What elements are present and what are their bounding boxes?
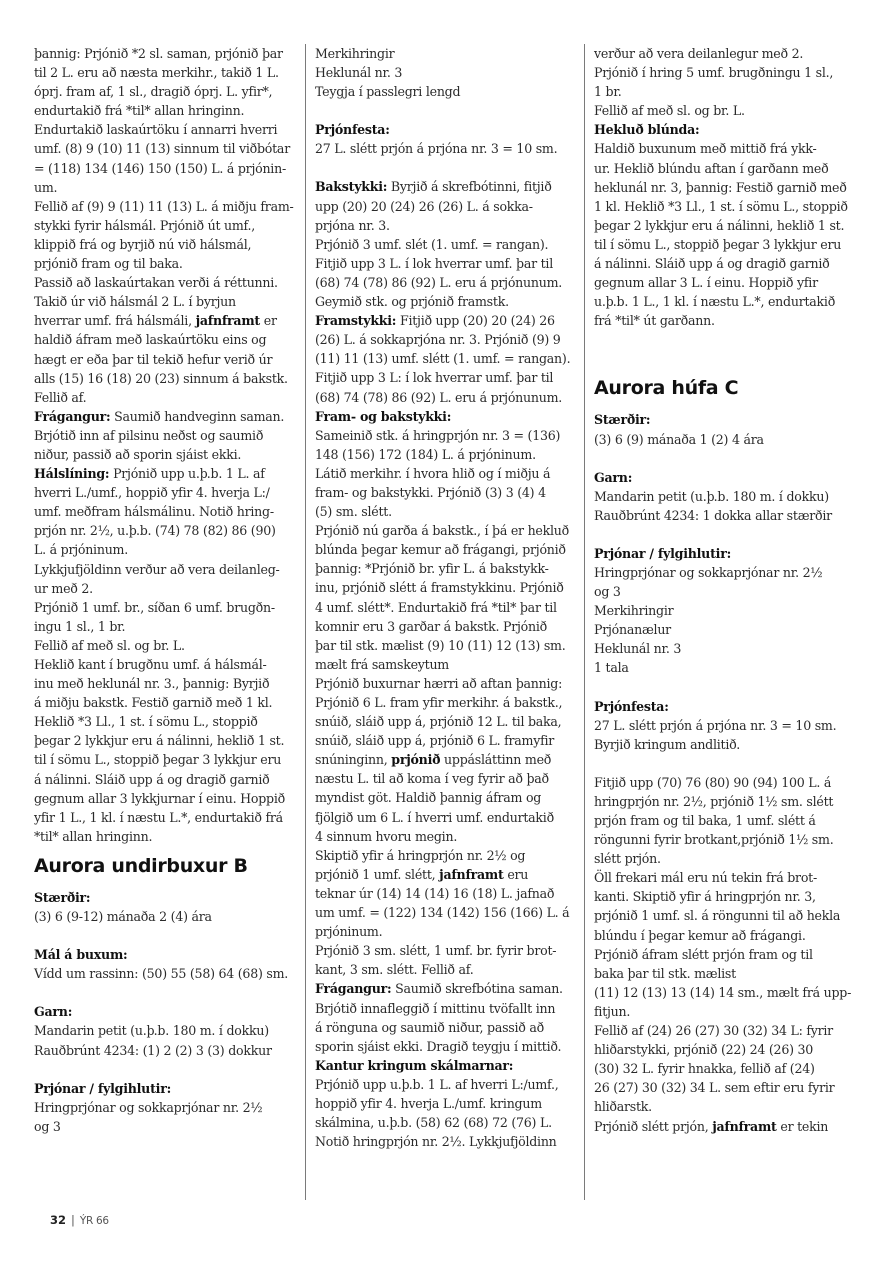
text-line: frá *til* út garðann.	[594, 311, 864, 330]
text-line: Prjónið áfram slétt prjón fram og til	[594, 945, 864, 964]
text-line: sporin sjáist ekki. Dragið teygju í mitt…	[315, 1037, 581, 1056]
needles-line: Merkihringir	[594, 601, 864, 620]
text-line: ingu 1 sl., 1 br.	[34, 617, 300, 636]
text-line: mælt frá samskeytum	[315, 655, 581, 674]
subheading-label: Frágangur:	[315, 981, 391, 996]
text-line: kant, 3 sm. slétt. Fellið af.	[315, 960, 581, 979]
text-line: Brjótið innafleggið í mittinu tvöfallt i…	[315, 999, 581, 1018]
text-line: Heklið *3 Ll., 1 st. í sömu L., stoppið	[34, 712, 300, 731]
spacer	[594, 678, 864, 697]
subheading-label: Prjónfesta:	[594, 699, 669, 714]
footer-separator: |	[71, 1213, 75, 1227]
column-divider	[305, 44, 306, 1200]
text-line: (30) 32 L. fyrir hnakka, fellið af (24)	[594, 1059, 864, 1078]
text-line: Látið merkihr. í hvora hlið og í miðju á	[315, 464, 581, 483]
subheading-label: Prjónfesta:	[315, 122, 390, 137]
text-line: prjónið 1 umf. sl. á röngunni til að hek…	[594, 906, 864, 925]
text-line: Prjónið upp u.þ.b. 1 L. af hverri L:/umf…	[315, 1075, 581, 1094]
text-line: Fitjið upp (70) 76 (80) 90 (94) 100 L. á	[594, 773, 864, 792]
section-heading-wrap: Aurora undirbuxur B	[34, 846, 300, 888]
text-line: Fitjið upp 3 L. í lok hverrar umf. þar t…	[315, 254, 581, 273]
text-line: hægt er eða þar til tekið hefur verið úr	[34, 350, 300, 369]
text-line: 148 (156) 172 (184) L. á prjóninum.	[315, 445, 581, 464]
yarn-line: Rauðbrúnt 4234: 1 dokka allar stærðir	[594, 506, 864, 525]
text-line: prjón nr. 2½, u.þ.b. (74) 78 (82) 86 (90…	[34, 521, 300, 540]
yarn-line: Mandarin petit (u.þ.b. 180 m. í dokku)	[34, 1021, 300, 1040]
text-line: gegnum allar 3 L. í einu. Hoppið yfir	[594, 273, 864, 292]
text-line: á miðju bakstk. Festið garnið með 1 kl.	[34, 693, 300, 712]
text-line: snúið, sláið upp á, prjónið 6 L. framyfi…	[315, 731, 581, 750]
text-line: röngunni fyrir brotkant,prjónið 1½ sm.	[594, 830, 864, 849]
needles-line: og 3	[594, 582, 864, 601]
text-line: næstu L. til að koma í veg fyrir að það	[315, 769, 581, 788]
text-line: blúnda þegar kemur að frágangi, prjónið	[315, 540, 581, 559]
text-line: fitjun.	[594, 1002, 864, 1021]
text-line: Fellið af með sl. og br. L.	[34, 636, 300, 655]
supply-line: Merkihringir	[315, 44, 581, 63]
text-line: yfir 1 L., 1 kl. í næstu L.*, endurtakið…	[34, 808, 300, 827]
fragangur-paragraph: Frágangur: Saumið handveginn saman.	[34, 407, 300, 426]
text-line: Prjónið 6 L. fram yfir merkihr. á bakstk…	[315, 693, 581, 712]
text-line: (68) 74 (78) 86 (92) L. eru á prjónunum.	[315, 273, 581, 292]
text-line: 26 (27) 30 (32) 34 L. sem eftir eru fyri…	[594, 1078, 864, 1097]
spacer	[34, 1060, 300, 1079]
yarn-line: Mandarin petit (u.þ.b. 180 m. í dokku)	[594, 487, 864, 506]
spacer	[594, 449, 864, 468]
text-line: Prjónið 1 umf. br., síðan 6 umf. brugðn-	[34, 598, 300, 617]
text-line: upp (20) 20 (24) 26 (26) L. á sokka-	[315, 197, 581, 216]
text-column-1: þannig: Prjónið *2 sl. saman, prjónið þa…	[34, 44, 300, 1136]
spacer	[315, 158, 581, 177]
text-line: u.þ.b. 1 L., 1 kl. í næstu L.*, endurtak…	[594, 292, 864, 311]
text-line: Sameinið stk. á hringprjón nr. 3 = (136)	[315, 426, 581, 445]
gauge-label: Prjónfesta:	[594, 697, 864, 716]
text-line: hverri L./umf., hoppið yfir 4. hverja L:…	[34, 483, 300, 502]
subheading-label: Garn:	[594, 470, 632, 485]
halslining-paragraph: Hálslíning: Prjónið upp u.þ.b. 1 L. af	[34, 464, 300, 483]
text-line: = (118) 134 (146) 150 (150) L. á prjónin…	[34, 159, 300, 178]
emphasis-text: jafnframt	[196, 313, 260, 328]
supply-line: Teygja í passlegri lengd	[315, 82, 581, 101]
text-line: verður að vera deilanlegur með 2.	[594, 44, 864, 63]
gauge-value: 27 L. slétt prjón á prjóna nr. 3 = 10 sm…	[315, 139, 581, 158]
text-line: Brjótið inn af pilsinu neðst og saumið	[34, 426, 300, 445]
text-line: inu með heklunál nr. 3., þannig: Byrjið	[34, 674, 300, 693]
sizes-label: Stærðir:	[34, 888, 300, 907]
text-line: Notið hringprjón nr. 2½. Lykkjufjöldinn	[315, 1132, 581, 1151]
text-span: Prjónið slétt prjón,	[594, 1119, 712, 1134]
subheading-label: Frágangur:	[34, 409, 110, 424]
text-line: á nálinni. Sláið upp á og dragið garnið	[34, 770, 300, 789]
gauge-line: 27 L. slétt prjón á prjóna nr. 3 = 10 sm…	[594, 716, 864, 735]
text-line: Fellið af (24) 26 (27) 30 (32) 34 L: fyr…	[594, 1021, 864, 1040]
text-line: stykki fyrir hálsmál. Prjónið út umf.,	[34, 216, 300, 235]
framstykki-paragraph: Framstykki: Fitjið upp (20) 20 (24) 26	[315, 311, 581, 330]
text-line: á rönguna og saumið niður, passið að	[315, 1018, 581, 1037]
text-line: um.	[34, 178, 300, 197]
text-line: baka þar til stk. mælist	[594, 964, 864, 983]
text-line: niður, passið að sporin sjáist ekki.	[34, 445, 300, 464]
subheading-label: Prjónar / fylgihlutir:	[34, 1081, 171, 1096]
spacer	[594, 754, 864, 773]
text-line: teknar úr (14) 14 (14) 16 (18) L. jafnað	[315, 884, 581, 903]
spacer	[34, 983, 300, 1002]
text-span: eru	[504, 867, 529, 882]
text-line: (68) 74 (78) 86 (92) L. eru á prjónunum.	[315, 388, 581, 407]
text-line: fram- og bakstykki. Prjónið (3) 3 (4) 4	[315, 483, 581, 502]
needles-label: Prjónar / fylgihlutir:	[34, 1079, 300, 1098]
text-line: Geymið stk. og prjónið framstk.	[315, 292, 581, 311]
document-page: þannig: Prjónið *2 sl. saman, prjónið þa…	[0, 0, 892, 1262]
spacer	[594, 525, 864, 544]
text-line: þar til stk. mælist (9) 10 (11) 12 (13) …	[315, 636, 581, 655]
subheading-label: Stærðir:	[34, 890, 90, 905]
needles-label: Prjónar / fylgihlutir:	[594, 544, 864, 563]
text-span: er tekin	[777, 1119, 829, 1134]
text-line: Prjónið nú garða á bakstk., í þá er hekl…	[315, 521, 581, 540]
text-line: myndist göt. Haldið þannig áfram og	[315, 788, 581, 807]
text-line: hringprjón nr. 2½, prjónið 1½ sm. slétt	[594, 792, 864, 811]
subheading-label: Prjónar / fylgihlutir:	[594, 546, 731, 561]
text-span: Saumið skrefbótina saman.	[391, 981, 562, 996]
text-line: Fellið af með sl. og br. L.	[594, 101, 864, 120]
text-span: Fitjið upp (20) 20 (24) 26	[396, 313, 555, 328]
fragangur-paragraph: Frágangur: Saumið skrefbótina saman.	[315, 979, 581, 998]
sizes-value: (3) 6 (9) mánaða 1 (2) 4 ára	[594, 430, 864, 449]
gauge-line: Byrjið kringum andlitið.	[594, 735, 864, 754]
page-footer: 32|ÝR 66	[50, 1213, 109, 1227]
text-line: Passið að laskaúrtakan verði á réttunni.	[34, 273, 300, 292]
text-line: til í sömu L., stoppið þegar 3 lykkjur e…	[34, 750, 300, 769]
text-line: til í sömu L., stoppið þegar 3 lykkjur e…	[594, 235, 864, 254]
text-line: hliðarstykki, prjónið (22) 24 (26) 30	[594, 1040, 864, 1059]
text-line: Takið úr við hálsmál 2 L. í byrjun	[34, 292, 300, 311]
magazine-issue: ÝR 66	[80, 1215, 109, 1227]
text-line: blúndu í þegar kemur að frágangi.	[594, 926, 864, 945]
text-line: Prjónið 3 umf. slét (1. umf. = rangan).	[315, 235, 581, 254]
text-line: hoppið yfir 4. hverja L./umf. kringum	[315, 1094, 581, 1113]
text-line: óprj. fram af, 1 sl., dragið óprj. L. yf…	[34, 82, 300, 101]
text-line: komnir eru 3 garðar á bakstk. Prjónið	[315, 617, 581, 636]
text-line: 1 br.	[594, 82, 864, 101]
text-line: kanti. Skiptið yfir á hringprjón nr. 3,	[594, 887, 864, 906]
text-line: slétt prjón.	[594, 849, 864, 868]
subheading-label: Garn:	[34, 1004, 72, 1019]
spacer	[34, 926, 300, 945]
sizes-label: Stærðir:	[594, 410, 864, 429]
yarn-label: Garn:	[594, 468, 864, 487]
heklud-label: Hekluð blúnda:	[594, 120, 864, 139]
text-line: Prjónið slétt prjón, jafnframt er tekin	[594, 1117, 864, 1136]
text-line: (26) L. á sokkaprjóna nr. 3. Prjónið (9)…	[315, 330, 581, 349]
fram-bak-label: Fram- og bakstykki:	[315, 407, 581, 426]
subheading-label: Fram- og bakstykki:	[315, 409, 451, 424]
text-line: haldið áfram með laskaúrtöku eins og	[34, 330, 300, 349]
text-line: ur með 2.	[34, 579, 300, 598]
page-number: 32	[50, 1213, 66, 1227]
supply-line: Heklunál nr. 3	[315, 63, 581, 82]
subheading-label: Stærðir:	[594, 412, 650, 427]
text-line: Fellið af.	[34, 388, 300, 407]
subheading-label: Framstykki:	[315, 313, 396, 328]
text-span: prjónið 1 umf. slétt,	[315, 867, 439, 882]
text-column-3: verður að vera deilanlegur með 2. Prjóni…	[594, 44, 864, 1136]
text-line: (11) 12 (13) 13 (14) 14 sm., mælt frá up…	[594, 983, 864, 1002]
needles-line: Hringprjónar og sokkaprjónar nr. 2½	[594, 563, 864, 582]
text-column-2: Merkihringir Heklunál nr. 3 Teygja í pas…	[315, 44, 581, 1151]
needles-line: Hringprjónar og sokkaprjónar nr. 2½	[34, 1098, 300, 1117]
text-line: heklunál nr. 3, þannig: Festið garnið me…	[594, 178, 864, 197]
text-span: uppásláttinn með	[440, 752, 551, 767]
text-line: Prjónið í hring 5 umf. brugðningu 1 sl.,	[594, 63, 864, 82]
text-line: Prjónið 3 sm. slétt, 1 umf. br. fyrir br…	[315, 941, 581, 960]
text-line: þannig: *Prjónið br. yfir L. á bakstykk-	[315, 559, 581, 578]
text-line: Fitjið upp 3 L: í lok hverrar umf. þar t…	[315, 368, 581, 387]
text-line: prjónið fram og til baka.	[34, 254, 300, 273]
needles-line: Prjónanælur	[594, 620, 864, 639]
emphasis-text: jafnframt	[712, 1119, 776, 1134]
text-line: L. á prjóninum.	[34, 540, 300, 559]
text-line: 4 umf. slétt*. Endurtakið frá *til* þar …	[315, 598, 581, 617]
text-line: skálmina, u.þ.b. (58) 62 (68) 72 (76) L.	[315, 1113, 581, 1132]
measurements-value: Vídd um rassinn: (50) 55 (58) 64 (68) sm…	[34, 964, 300, 983]
text-line: hliðarstk.	[594, 1097, 864, 1116]
text-line: 4 sinnum hvoru megin.	[315, 827, 581, 846]
text-line: þegar 2 lykkjur eru á nálinni, heklið 1 …	[594, 216, 864, 235]
column-divider	[584, 44, 585, 1200]
text-span: Prjónið upp u.þ.b. 1 L. af	[109, 466, 264, 481]
subheading-label: Hálslíning:	[34, 466, 109, 481]
section-title-aurora-undirbuxur-b: Aurora undirbuxur B	[34, 852, 300, 880]
sizes-value: (3) 6 (9-12) mánaða 2 (4) ára	[34, 907, 300, 926]
yarn-label: Garn:	[34, 1002, 300, 1021]
text-line: *til* allan hringinn.	[34, 827, 300, 846]
text-line: þannig: Prjónið *2 sl. saman, prjónið þa…	[34, 44, 300, 63]
text-line: prjóninum.	[315, 922, 581, 941]
section-heading-wrap: Aurora húfa C	[594, 330, 864, 410]
spacer	[315, 101, 581, 120]
text-line: snúninginn, prjónið uppásláttinn með	[315, 750, 581, 769]
text-span: Saumið handveginn saman.	[110, 409, 284, 424]
needles-line: 1 tala	[594, 658, 864, 677]
text-line: snúið, sláið upp á, prjónið 12 L. til ba…	[315, 712, 581, 731]
text-line: um umf. = (122) 134 (142) 156 (166) L. á	[315, 903, 581, 922]
text-span: hverrar umf. frá hálsmáli,	[34, 313, 196, 328]
text-line: inu, prjónið slétt á framstykkinu. Prjón…	[315, 578, 581, 597]
text-span: snúninginn,	[315, 752, 391, 767]
gauge-label: Prjónfesta:	[315, 120, 581, 139]
text-line: á nálinni. Sláið upp á og dragið garnið	[594, 254, 864, 273]
emphasis-text: jafnframt	[439, 867, 503, 882]
emphasis-text: prjónið	[391, 752, 440, 767]
text-line: Öll frekari mál eru nú tekin frá brot-	[594, 868, 864, 887]
text-line: gegnum allar 3 lykkjurnar í einu. Hoppið	[34, 789, 300, 808]
text-line: Fellið af (9) 9 (11) 11 (13) L. á miðju …	[34, 197, 300, 216]
subheading-label: Bakstykki:	[315, 179, 387, 194]
text-line: prjón fram og til baka, 1 umf. slétt á	[594, 811, 864, 830]
text-line: prjóna nr. 3.	[315, 216, 581, 235]
text-line: Heklið kant í brugðnu umf. á hálsmál-	[34, 655, 300, 674]
text-line: þegar 2 lykkjur eru á nálinni, heklið 1 …	[34, 731, 300, 750]
text-line: (11) 11 (13) umf. slétt (1. umf. = ranga…	[315, 349, 581, 368]
text-line: endurtakið frá *til* allan hringinn.	[34, 101, 300, 120]
text-line: Haldið buxunum með mittið frá ykk-	[594, 139, 864, 158]
needles-line: og 3	[34, 1117, 300, 1136]
bakstykki-paragraph: Bakstykki: Byrjið á skrefbótinni, fitjið	[315, 177, 581, 196]
kantur-label: Kantur kringum skálmarnar:	[315, 1056, 581, 1075]
yarn-line: Rauðbrúnt 4234: (1) 2 (2) 3 (3) dokkur	[34, 1041, 300, 1060]
section-title-aurora-hufa-c: Aurora húfa C	[594, 374, 864, 402]
text-line: prjónið 1 umf. slétt, jafnframt eru	[315, 865, 581, 884]
text-line: fjölgið um 6 L. í hverri umf. endurtakið	[315, 808, 581, 827]
text-line: (5) sm. slétt.	[315, 502, 581, 521]
text-line: til 2 L. eru að næsta merkihr., takið 1 …	[34, 63, 300, 82]
text-span: er	[260, 313, 277, 328]
text-line: umf. meðfram hálsmálinu. Notið hring-	[34, 502, 300, 521]
text-line: umf. (8) 9 (10) 11 (13) sinnum til viðbó…	[34, 139, 300, 158]
text-line: hverrar umf. frá hálsmáli, jafnframt er	[34, 311, 300, 330]
text-line: Prjónið buxurnar hærri að aftan þannig:	[315, 674, 581, 693]
text-line: 1 kl. Heklið *3 Ll., 1 st. í sömu L., st…	[594, 197, 864, 216]
text-line: Skiptið yfir á hringprjón nr. 2½ og	[315, 846, 581, 865]
text-line: Lykkjufjöldinn verður að vera deilanleg-	[34, 560, 300, 579]
measurements-label: Mál á buxum:	[34, 945, 300, 964]
text-line: alls (15) 16 (18) 20 (23) sinnum á bakst…	[34, 369, 300, 388]
subheading-label: Kantur kringum skálmarnar:	[315, 1058, 513, 1073]
text-line: klippið frá og byrjið nú við hálsmál,	[34, 235, 300, 254]
text-span: Byrjið á skrefbótinni, fitjið	[387, 179, 551, 194]
subheading-label: Hekluð blúnda:	[594, 122, 699, 137]
needles-line: Heklunál nr. 3	[594, 639, 864, 658]
text-line: ur. Heklið blúndu aftan í garðann með	[594, 159, 864, 178]
subheading-label: Mál á buxum:	[34, 947, 127, 962]
text-line: Endurtakið laskaúrtöku í annarri hverri	[34, 120, 300, 139]
